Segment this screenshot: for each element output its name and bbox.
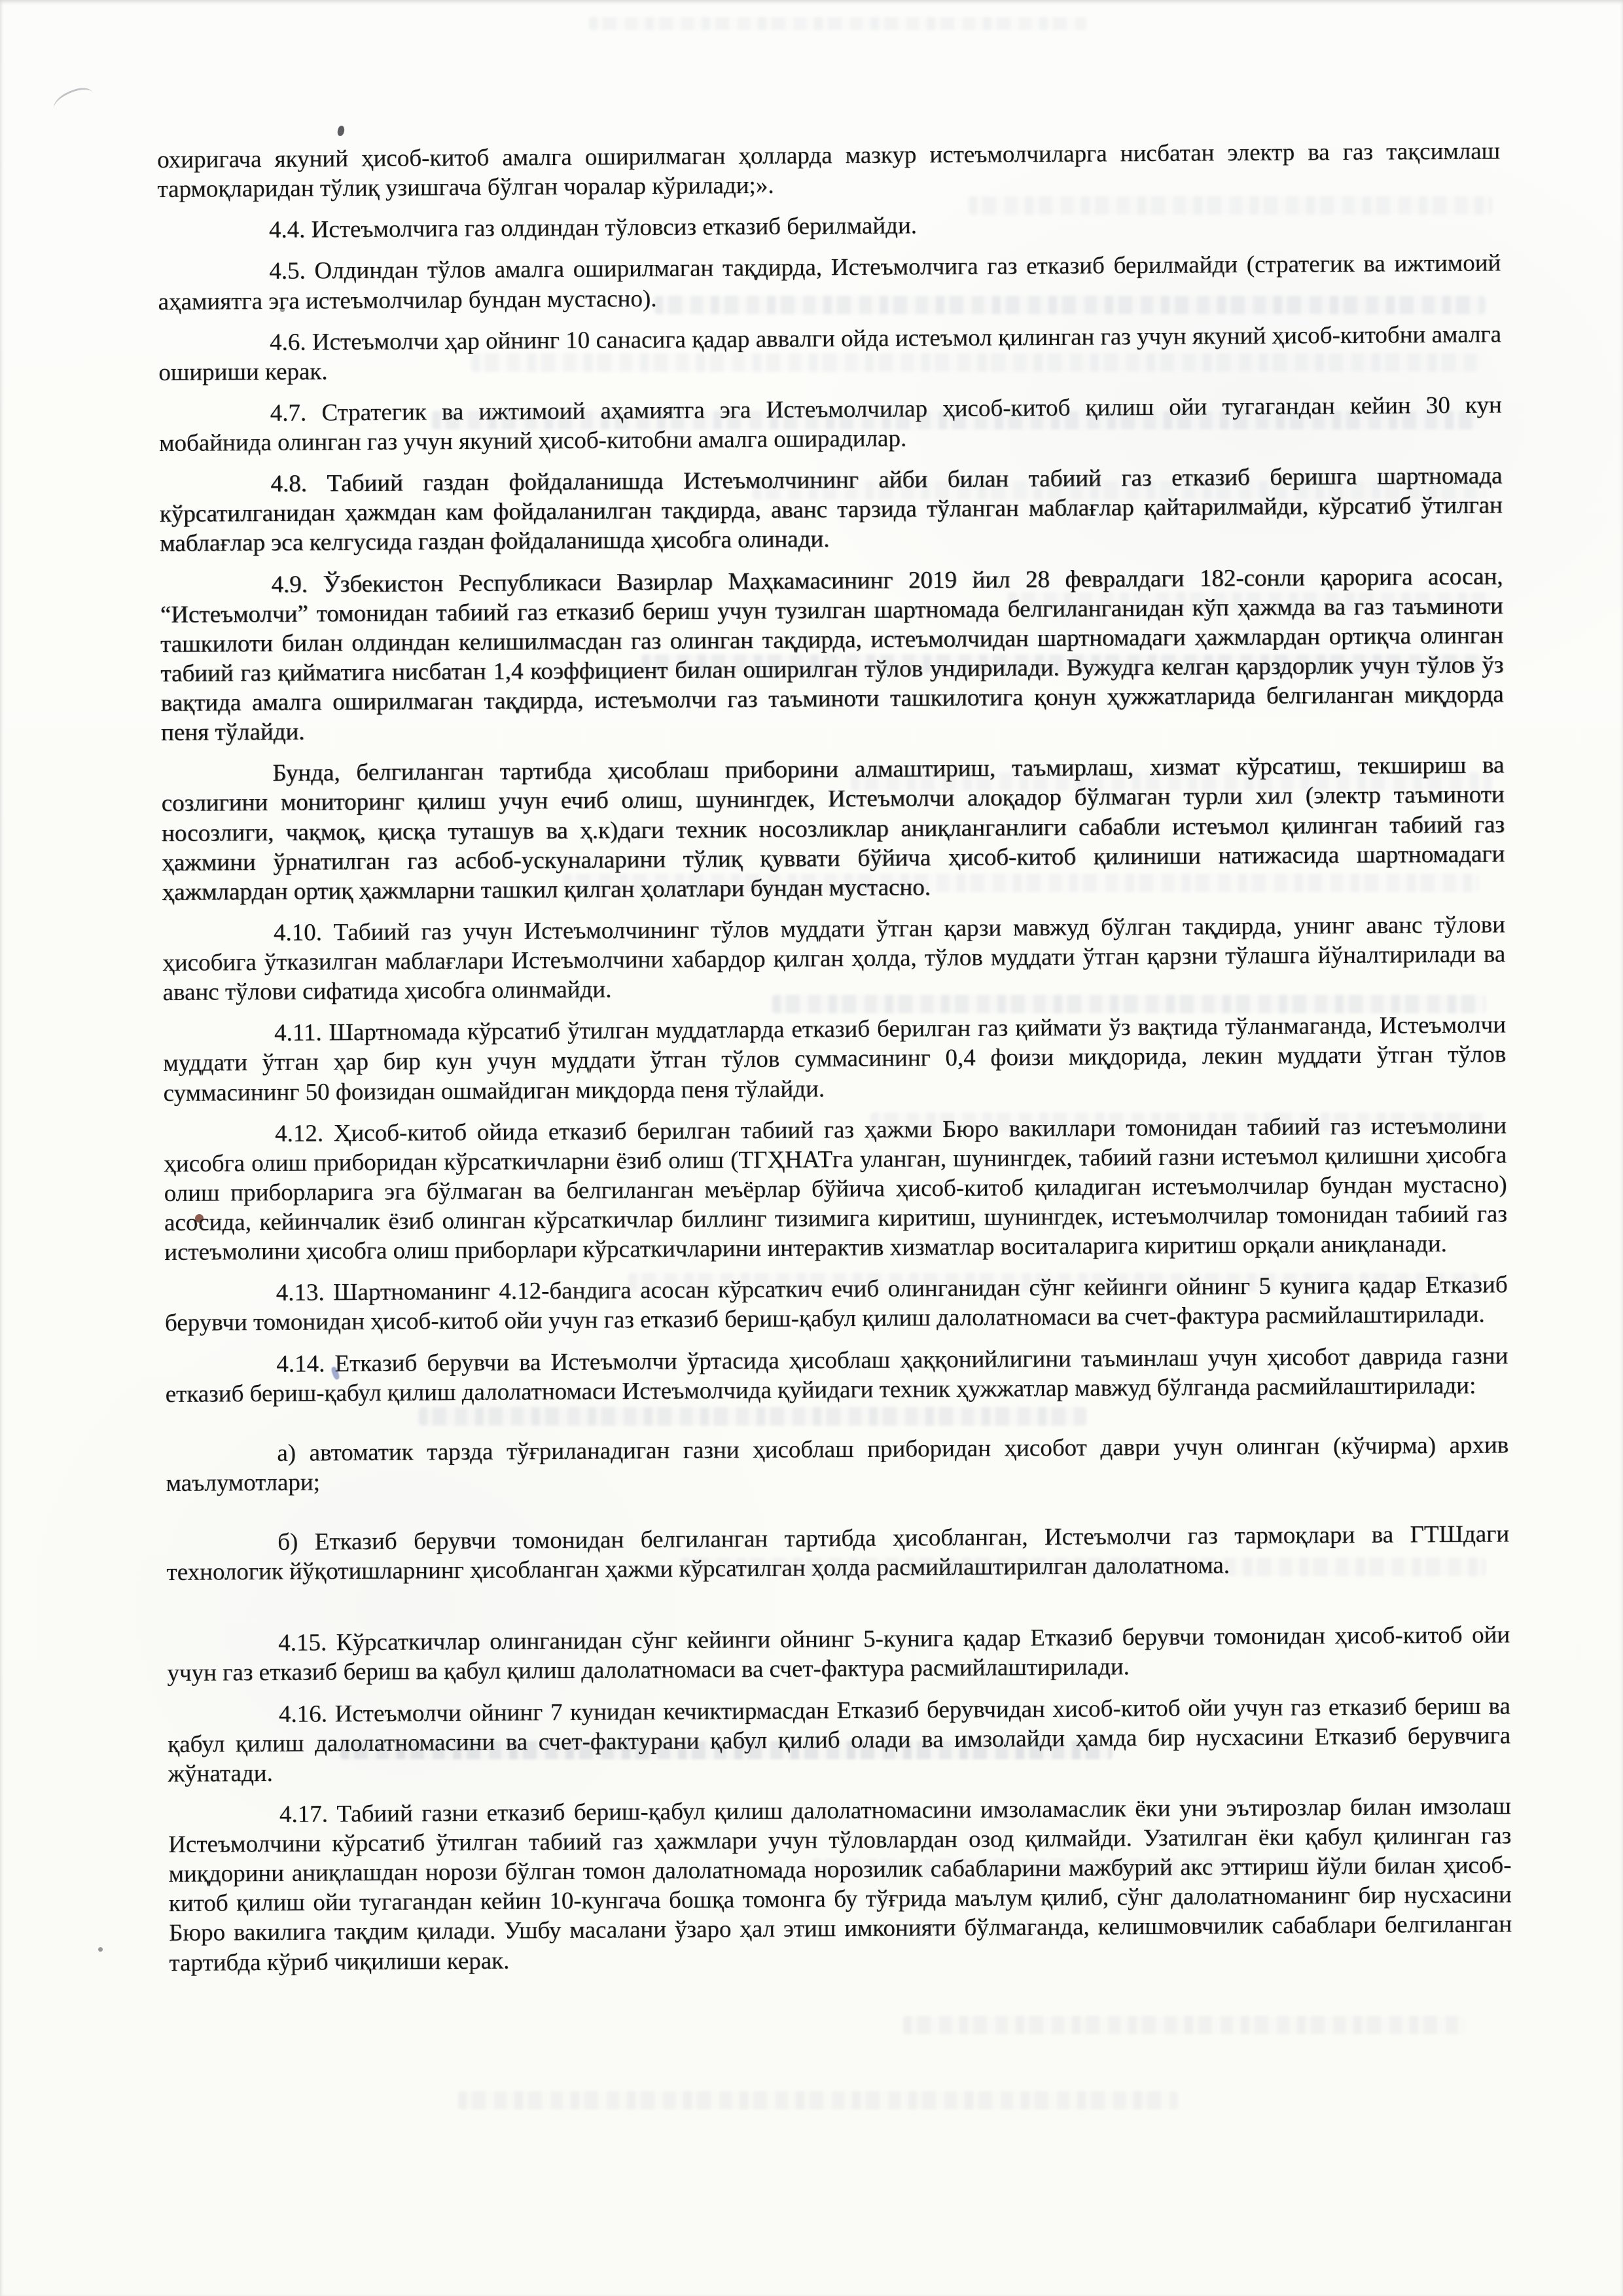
bleedthrough-smudge	[589, 17, 1086, 30]
clause-4-5: 4.5. Олдиндан тўлов амалга оширилмаган т…	[158, 249, 1501, 317]
clause-4-16: 4.16. Истеъмолчи ойнинг 7 кунидан кечикт…	[168, 1691, 1511, 1789]
clause-4-12: 4.12. Ҳисоб-китоб ойида етказиб берилган…	[164, 1111, 1507, 1267]
clause-4-8: 4.8. Табиий газдан фойдаланишда Истеъмол…	[159, 461, 1503, 559]
clause-4-6: 4.6. Истеъмолчи ҳар ойнинг 10 санасига қ…	[158, 319, 1502, 387]
clause-4-4: 4.4. Истеъмолчига газ олдиндан тўловсиз …	[158, 207, 1501, 246]
ink-speck	[98, 1947, 103, 1952]
bleedthrough-smudge	[903, 2016, 1466, 2034]
clause-4-11: 4.11. Шартномада кўрсатиб ўтилган муддат…	[163, 1011, 1507, 1108]
bleedthrough-smudge	[458, 2091, 1178, 2109]
clause-4-7: 4.7. Стратегик ва ижтимоий аҳамиятга эга…	[159, 390, 1503, 458]
clause-4-15: 4.15. Кўрсаткичлар олинганидан сўнг кейи…	[167, 1621, 1510, 1689]
ink-speck	[336, 125, 346, 137]
clause-4-17: 4.17. Табиий газни етказиб бериш-қабул қ…	[168, 1791, 1512, 1977]
clause-4-9-note: Бунда, белгиланган тартибда ҳисоблаш при…	[161, 751, 1505, 907]
clause-4-14-item-a: а) автоматик тарзда тўғриланадиган газни…	[166, 1430, 1509, 1498]
clause-4-10: 4.10. Табиий газ учун Истеъмолчининг тўл…	[162, 910, 1506, 1007]
clause-4-9: 4.9. Ўзбекистон Республикаси Вазирлар Ма…	[160, 562, 1504, 747]
scanned-document-page: охиригача якуний ҳисоб-китоб амалга ошир…	[0, 0, 1623, 2296]
clause-4-14-item-b: б) Етказиб берувчи томонидан белгиланган…	[166, 1519, 1510, 1587]
pencil-mark	[50, 84, 96, 118]
clause-4-13: 4.13. Шартноманинг 4.12-бандига асосан к…	[164, 1270, 1508, 1338]
document-text: охиригача якуний ҳисоб-китоб амалга ошир…	[157, 136, 1512, 1989]
clause-4-14: 4.14. Етказиб берувчи ва Истеъмолчи ўрта…	[165, 1341, 1508, 1409]
paragraph-continuation: охиригача якуний ҳисоб-китоб амалга ошир…	[157, 136, 1501, 204]
